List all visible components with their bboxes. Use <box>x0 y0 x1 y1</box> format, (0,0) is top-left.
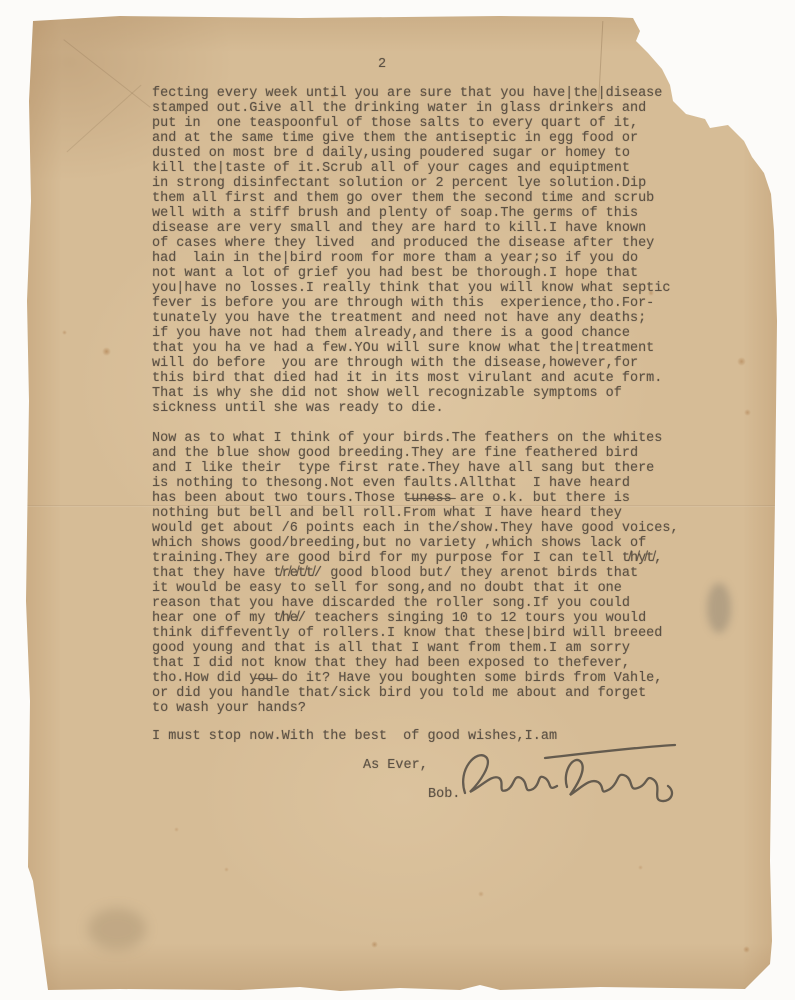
smudge-stain <box>88 908 146 950</box>
stain <box>743 946 750 953</box>
corner-crease <box>63 39 150 108</box>
stain <box>478 891 484 897</box>
letter-paragraph-1: fecting every week until you are sure th… <box>152 86 670 416</box>
stain <box>174 827 179 832</box>
stain <box>224 867 229 872</box>
letter-page: 2 fecting every week until you are sure … <box>24 13 780 992</box>
stain <box>62 330 67 335</box>
pencil-smudge <box>707 583 731 633</box>
stain <box>371 941 378 948</box>
valediction: As Ever, <box>363 758 428 773</box>
page-number: 2 <box>372 57 392 72</box>
handwritten-signature <box>449 741 679 803</box>
letter-paragraph-2: Now as to what I think of your birds.The… <box>152 431 679 716</box>
stain <box>737 357 746 366</box>
photo-backdrop: 2 fecting every week until you are sure … <box>0 0 795 1000</box>
stain <box>744 409 751 416</box>
stain <box>638 865 643 870</box>
stain <box>102 347 111 356</box>
corner-crease <box>67 85 142 153</box>
